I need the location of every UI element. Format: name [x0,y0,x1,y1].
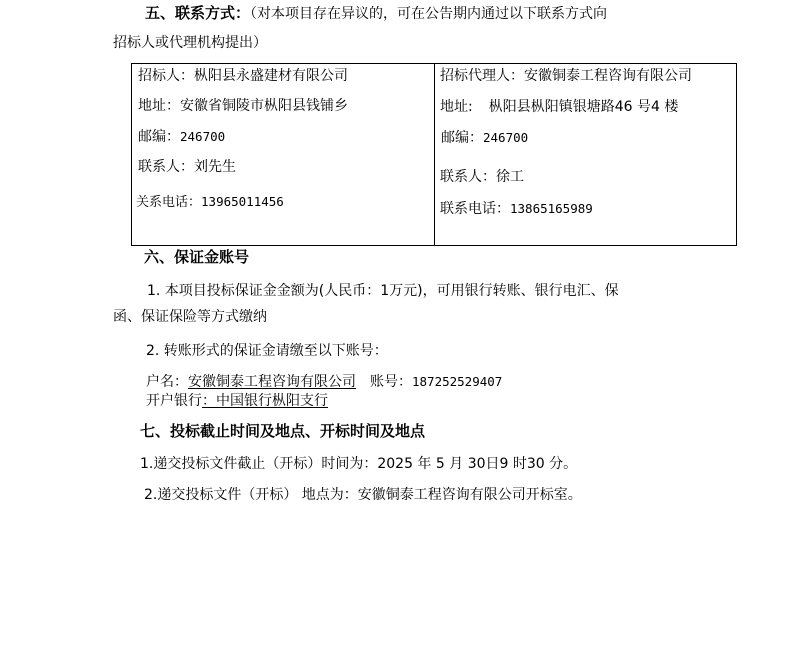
agent-address-row: 地址:枞阳县枞阳镇银塘路46 号4 楼 [440,100,678,114]
tenderer-name: 枞阳县永盛建材有限公司 [194,68,348,84]
bank-label: 开户银行 [146,393,202,409]
account-name: 安徽铜泰工程咨询有限公司 [188,374,356,390]
tenderer-contact-row: 联系人：刘先生 [138,160,236,174]
section7-item1: 1.递交投标文件截止（开标）时间为：2025 年 5 月 30日9 时30 分。 [140,457,577,471]
tenderer-postcode-row: 邮编：246700 [138,130,225,144]
agent-phone: 13865165989 [510,201,593,216]
section7-title: 七、投标截止时间及地点、开标时间及地点 [140,424,425,439]
agent-contact-label: 联系人： [440,169,496,185]
account-no: 187252529407 [412,374,502,389]
section5-title: 五、联系方式： [145,4,250,22]
agent-name-label: 招标代理人： [440,68,524,84]
agent-contact: 徐工 [496,169,524,185]
tenderer-phone-label: 关系电话： [136,195,201,210]
tenderer-address-label: 地址： [138,98,180,114]
tenderer-postcode: 246700 [180,129,225,144]
section6-title: 六、保证金账号 [144,250,249,265]
bank-name: ：中国银行枞阳支行 [202,393,328,409]
agent-postcode-row: 邮编：246700 [441,131,528,145]
tenderer-address-row: 地址：安徽省铜陵市枞阳县钱铺乡 [138,99,348,113]
section5-intro-line1: （对本项目存在异议的，可在公告期内通过以下联系方式向 [250,6,607,22]
agent-name: 安徽铜泰工程咨询有限公司 [524,68,692,84]
agent-phone-label: 联系电话： [440,201,510,217]
account-name-row: 户名：安徽铜泰工程咨询有限公司账号：187252529407 [146,375,502,389]
tenderer-postcode-label: 邮编： [138,129,180,145]
agent-name-row: 招标代理人：安徽铜泰工程咨询有限公司 [440,69,692,83]
section6-item2: 2. 转账形式的保证金请缴至以下账号： [146,344,388,358]
contact-table: 招标人：枞阳县永盛建材有限公司 地址：安徽省铜陵市枞阳县钱铺乡 邮编：24670… [131,63,737,246]
tenderer-name-row: 招标人：枞阳县永盛建材有限公司 [138,69,348,83]
account-no-label: 账号： [370,374,412,390]
section5-heading: 五、联系方式：（对本项目存在异议的，可在公告期内通过以下联系方式向 [145,6,607,21]
agent-address-label: 地址: [440,99,473,115]
tenderer-contact: 刘先生 [194,159,236,175]
table-divider [434,64,435,245]
agent-address: 枞阳县枞阳镇银塘路46 号4 楼 [489,99,679,115]
tenderer-address: 安徽省铜陵市枞阳县钱铺乡 [180,98,348,114]
tenderer-contact-label: 联系人： [138,159,194,175]
section7-item2: 2.递交投标文件（开标） 地点为：安徽铜泰工程咨询有限公司开标室。 [144,488,582,502]
bank-row: 开户银行：中国银行枞阳支行 [146,394,328,408]
agent-postcode-label: 邮编： [441,130,483,146]
tenderer-name-label: 招标人： [138,68,194,84]
agent-postcode: 246700 [483,130,528,145]
agent-contact-row: 联系人：徐工 [440,170,524,184]
tenderer-phone: 13965011456 [201,194,284,209]
tenderer-phone-row: 关系电话：13965011456 [136,196,284,209]
account-name-label: 户名： [146,374,188,390]
section6-item1-line1: 1. 本项目投标保证金金额为(人民币：1万元)，可用银行转账、银行电汇、保 [147,284,619,298]
section5-intro-line2: 招标人或代理机构提出） [113,36,267,50]
agent-phone-row: 联系电话：13865165989 [440,202,593,216]
section6-item1-line2: 函、保证保险等方式缴纳 [113,310,267,324]
